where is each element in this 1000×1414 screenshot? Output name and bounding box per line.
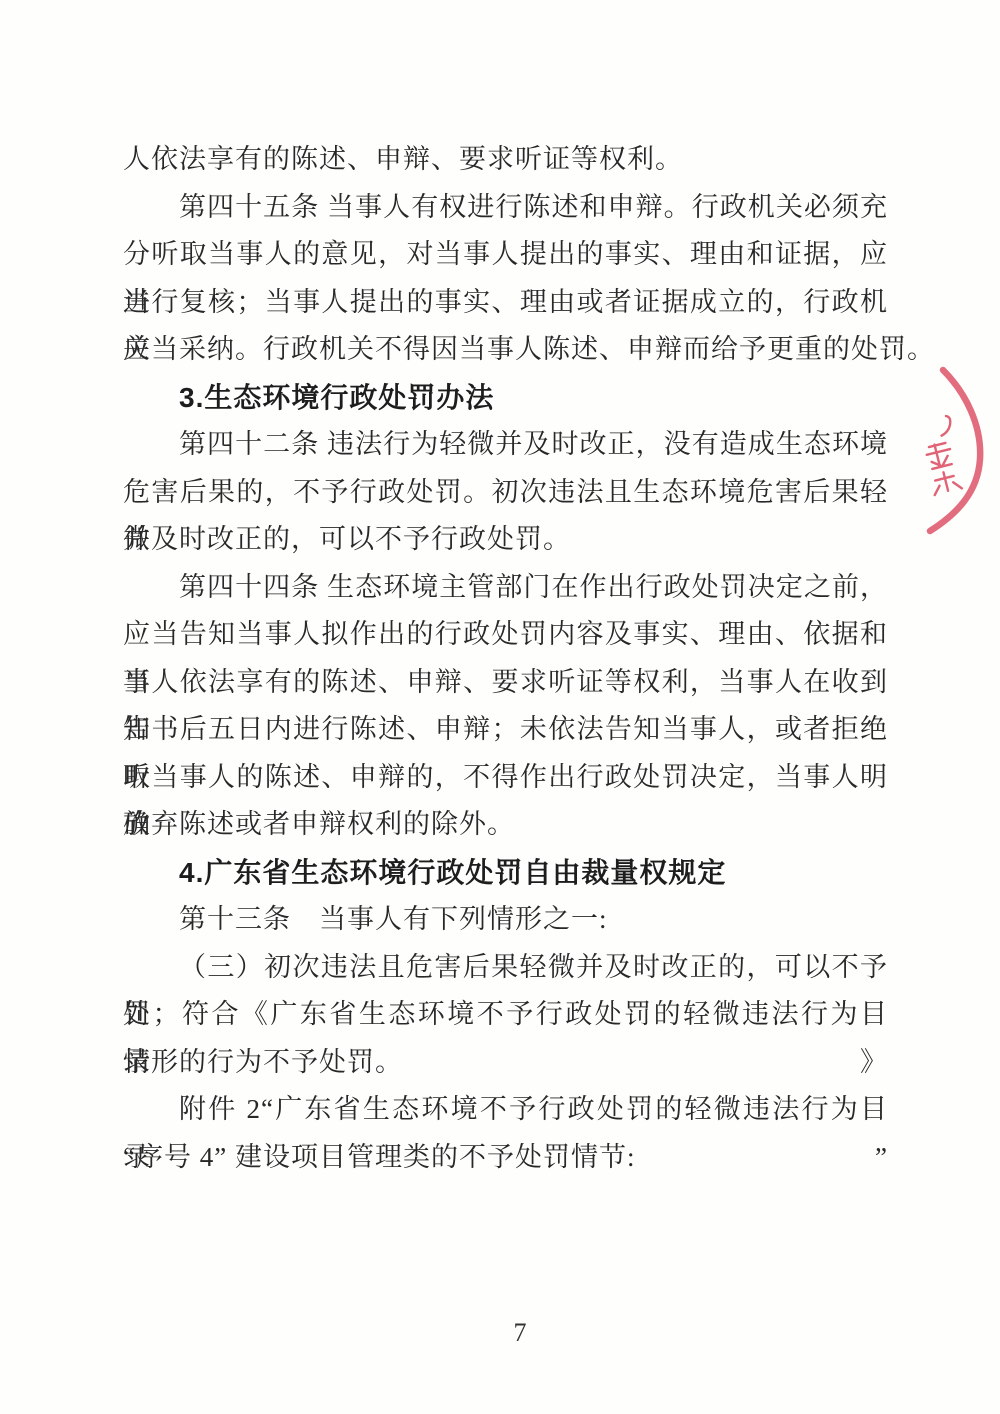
text-line: 第十三条 当事人有下列情形之一: [123,896,888,944]
text-line: 第四十五条 当事人有权进行陈述和申辩。行政机关必须充 [123,184,888,232]
text-line: 应当告知当事人拟作出的行政处罚内容及事实、理由、依据和当 [123,611,888,659]
document-text-block: 人依法享有的陈述、申辩、要求听证等权利。第四十五条 当事人有权进行陈述和申辩。行… [123,136,888,1181]
text-line: 放弃陈述或者申辩权利的除外。 [123,801,888,849]
official-stamp-icon [903,358,1000,563]
text-line: 附件 2“广东省生态环境不予行政处罚的轻微违法行为目录” [123,1086,888,1134]
text-line: 取当事人的陈述、申辩的，不得作出行政处罚决定，当事人明确 [123,754,888,802]
text-line: 第四十四条 生态环境主管部门在作出行政处罚决定之前， [123,564,888,612]
page-number: 7 [514,1318,527,1348]
document-page: 人依法享有的陈述、申辩、要求听证等权利。第四十五条 当事人有权进行陈述和申辩。行… [0,0,1000,1414]
text-line: 分听取当事人的意见，对当事人提出的事实、理由和证据，应当 [123,231,888,279]
text-line: 并及时改正的，可以不予行政处罚。 [123,516,888,564]
text-line: 罚；符合《广东省生态环境不予行政处罚的轻微违法行为目录》 [123,991,888,1039]
section-heading: 3.生态环境行政处罚办法 [123,374,888,422]
text-line: 第四十二条 违法行为轻微并及时改正，没有造成生态环境 [123,421,888,469]
text-line: 进行复核；当事人提出的事实、理由或者证据成立的，行政机关 [123,279,888,327]
text-line: 事人依法享有的陈述、申辩、要求听证等权利，当事人在收到告 [123,659,888,707]
section-heading: 4.广东省生态环境行政处罚自由裁量权规定 [123,849,888,897]
text-line: 人依法享有的陈述、申辩、要求听证等权利。 [123,136,888,184]
text-line: （三）初次违法且危害后果轻微并及时改正的，可以不予处 [123,944,888,992]
text-line: 应当采纳。行政机关不得因当事人陈述、申辩而给予更重的处罚。 [123,326,888,374]
text-line: 危害后果的，不予行政处罚。初次违法且生态环境危害后果轻微 [123,469,888,517]
text-line: 知书后五日内进行陈述、申辩；未依法告知当事人，或者拒绝听 [123,706,888,754]
stamp-characters [917,415,967,495]
